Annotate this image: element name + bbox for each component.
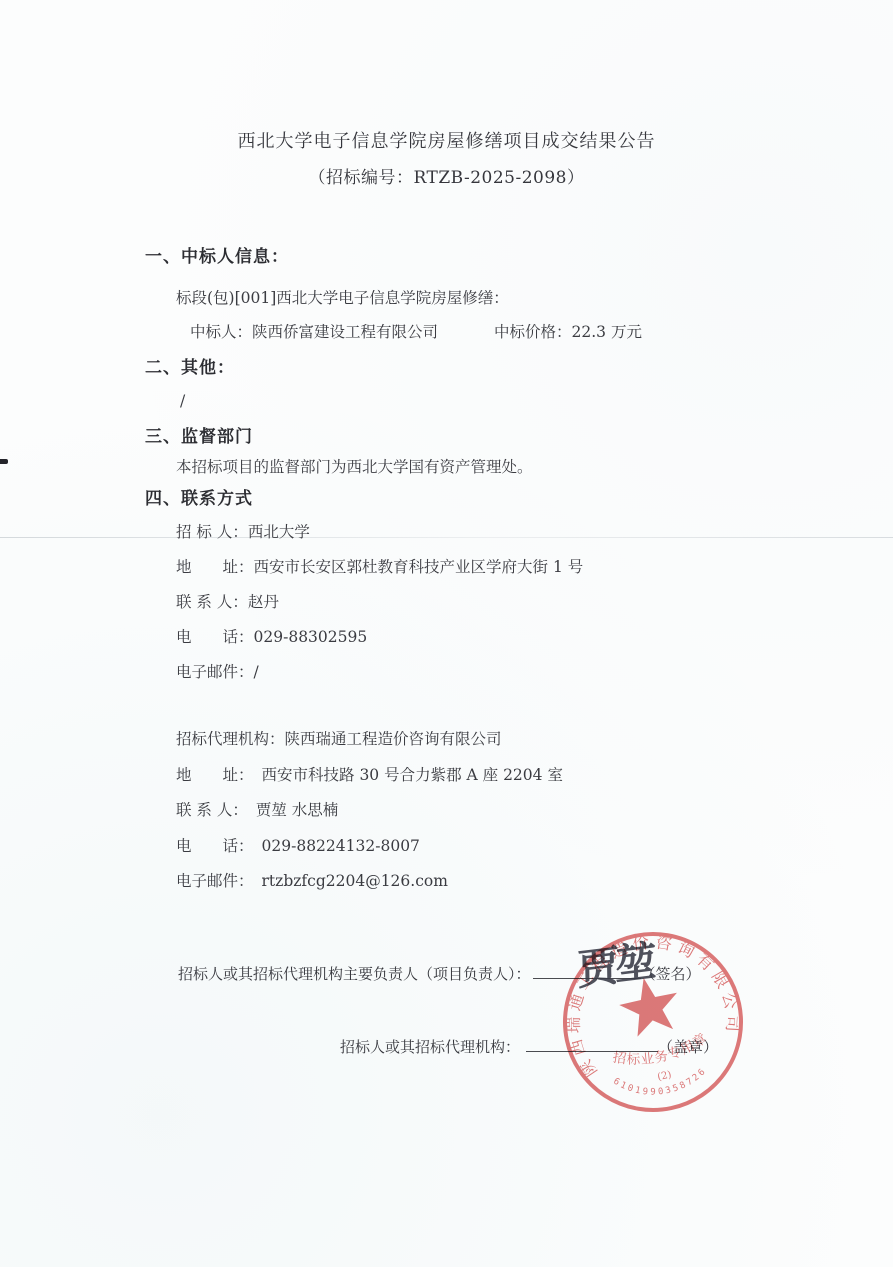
- document-title: 西北大学电子信息学院房屋修缮项目成交结果公告: [0, 131, 893, 154]
- section2-heading: 二、其他：: [145, 357, 235, 378]
- agency-row: 联 系 人：贾堃 水思楠: [176, 801, 338, 820]
- tenderer-row: 电子邮件：/: [176, 663, 259, 682]
- scan-artifact-line: [0, 537, 893, 538]
- agency-label: 电 话：: [176, 837, 254, 855]
- agency-row: 电 话：029-88224132-8007: [176, 837, 420, 856]
- agency-row: 招标代理机构：陕西瑞通工程造价咨询有限公司: [176, 730, 502, 749]
- seal-label: 招标人或其招标代理机构：: [340, 1038, 520, 1056]
- tenderer-value: 029-88302595: [254, 628, 368, 646]
- company-seal: 陕西瑞通工程造价咨询有限公司 招标业务专用章 (2) 6101990358726: [543, 912, 763, 1132]
- tenderer-label: 地 址：: [176, 558, 254, 576]
- agency-value: 陕西瑞通工程造价咨询有限公司: [285, 730, 502, 748]
- agency-label: 招标代理机构：: [176, 730, 285, 748]
- signature-label: 招标人或其招标代理机构主要负责人（项目负责人）：: [178, 965, 531, 983]
- agency-label: 联 系 人：: [176, 801, 248, 819]
- seal-star: [615, 972, 684, 1039]
- agency-value: 贾堃 水思楠: [256, 801, 338, 819]
- tenderer-label: 电子邮件：: [176, 663, 254, 681]
- winner-name: 中标人：陕西侨富建设工程有限公司: [190, 323, 438, 341]
- agency-value: 西安市科技路 30 号合力紫郡 A 座 2204 室: [262, 766, 563, 784]
- agency-row: 地 址：西安市科技路 30 号合力紫郡 A 座 2204 室: [176, 766, 563, 785]
- tenderer-label: 电 话：: [176, 628, 254, 646]
- tenderer-label: 招 标 人：: [176, 523, 248, 541]
- tenderer-label: 联 系 人：: [176, 593, 248, 611]
- tenderer-value: 赵丹: [248, 593, 279, 611]
- agency-label: 电子邮件：: [176, 872, 254, 890]
- section1-heading: 一、中标人信息：: [145, 246, 289, 267]
- agency-value: rtzbzfcg2204@126.com: [262, 872, 448, 890]
- winner-price: 中标价格：22.3 万元: [494, 323, 642, 341]
- document-page: 西北大学电子信息学院房屋修缮项目成交结果公告 （招标编号：RTZB-2025-2…: [0, 0, 893, 1267]
- winner-line: 中标人：陕西侨富建设工程有限公司中标价格：22.3 万元: [190, 323, 642, 342]
- agency-row: 电子邮件：rtzbzfcg2204@126.com: [176, 872, 448, 891]
- section3-content: 本招标项目的监督部门为西北大学国有资产管理处。: [176, 458, 533, 477]
- tenderer-row: 招 标 人：西北大学: [176, 523, 310, 542]
- tender-number: （招标编号：RTZB-2025-2098）: [0, 168, 893, 189]
- section2-content: /: [180, 392, 185, 411]
- tenderer-row: 联 系 人：赵丹: [176, 593, 279, 612]
- tenderer-value: 西北大学: [248, 523, 310, 541]
- scan-artifact-mark: [0, 459, 8, 464]
- section3-heading: 三、监督部门: [145, 426, 253, 447]
- tenderer-row: 地 址：西安市长安区郭杜教育科技产业区学府大街 1 号: [176, 558, 583, 577]
- tenderer-value: 西安市长安区郭杜教育科技产业区学府大街 1 号: [254, 558, 584, 576]
- section4-heading: 四、联系方式: [145, 488, 253, 509]
- lot-line: 标段(包)[001]西北大学电子信息学院房屋修缮：: [176, 289, 509, 308]
- seal-graphic: 陕西瑞通工程造价咨询有限公司 招标业务专用章 (2) 6101990358726: [543, 912, 763, 1132]
- tenderer-row: 电 话：029-88302595: [176, 628, 367, 647]
- seal-subcaption-text: (2): [656, 1069, 672, 1083]
- agency-value: 029-88224132-8007: [262, 837, 420, 855]
- seal-caption-text: 招标业务专用章: [608, 1028, 713, 1076]
- tenderer-value: /: [254, 663, 259, 681]
- agency-label: 地 址：: [176, 766, 254, 784]
